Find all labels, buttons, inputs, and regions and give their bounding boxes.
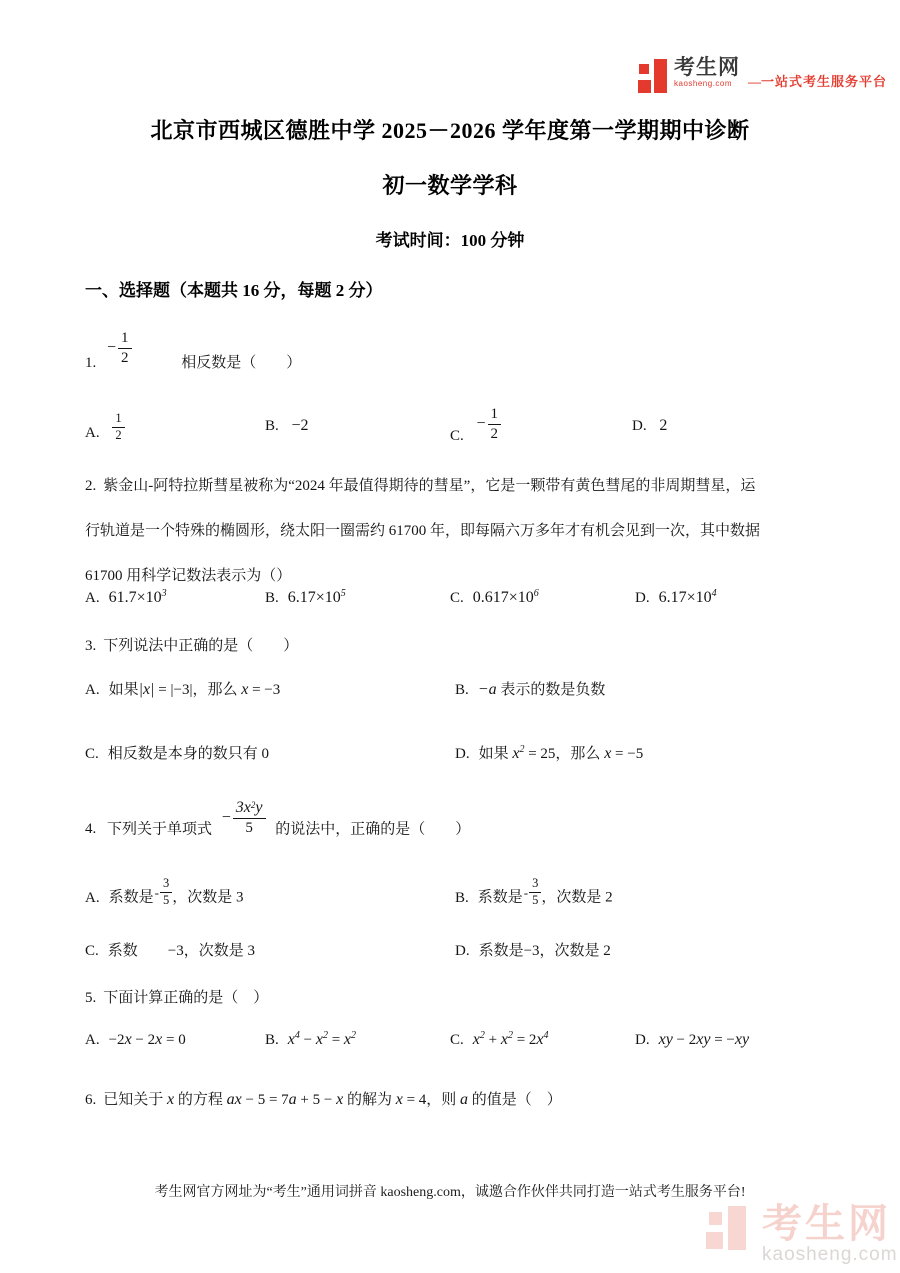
option-label: A. (85, 1032, 100, 1048)
option-label: C. (85, 943, 99, 959)
option-value: 2 (659, 417, 667, 434)
numerator: 1 (112, 411, 124, 428)
numerator: 1 (488, 405, 502, 425)
question-1-stem: 1. − 1 2 相反数是（ ） (85, 344, 301, 383)
option-value: 61.7×10 (109, 589, 162, 606)
exponent: 4 (712, 588, 717, 599)
exponent: 5 (341, 588, 346, 599)
logo-block (638, 80, 651, 93)
exam-time: 考试时间：100 分钟 (0, 226, 900, 251)
q2-line1: 紫金山-阿特拉斯彗星被称为“2024 年最值得期待的彗星”，它是一颗带有黄色彗尾… (103, 478, 755, 494)
question-6-text: 已知关于 x 的方程 ax − 5 = 7a + 5 − x 的解为 x = 4… (103, 1092, 562, 1108)
watermark-text: 考生网 kaosheng.com (762, 1204, 898, 1266)
option-label: D. (632, 418, 647, 434)
denominator: 2 (118, 349, 132, 368)
option-suffix: ，次数是 3 (172, 890, 243, 906)
question-3-text: 下列说法中正确的是（ ） (103, 638, 298, 654)
option-value: 系数 −3，次数是 3 (108, 943, 255, 959)
fraction: − 3x2y 5 (222, 798, 266, 838)
option-label: B. (265, 590, 279, 606)
brand-domain: kaosheng.com (674, 79, 740, 88)
fraction: − 1 2 (477, 405, 502, 444)
footer-note: 考生网官方网址为“考生”通用词拼音 kaosheng.com，诚邀合作伙伴共同打… (0, 1181, 900, 1201)
numerator: 3 (160, 876, 172, 893)
q1-option-d: D. 2 (632, 417, 667, 435)
option-label: B. (265, 1032, 279, 1048)
q1-option-c: C. − 1 2 (450, 417, 501, 456)
option-suffix: ，次数是 2 (541, 890, 612, 906)
question-4-prefix: 下列关于单项式 (107, 821, 212, 837)
option-value: xy − 2xy = −xy (659, 1032, 750, 1048)
q4-option-c: C.系数 −3，次数是 3 (85, 939, 255, 960)
option-value: 6.17×10 (288, 589, 341, 606)
option-label: C. (450, 1032, 464, 1048)
question-3-stem: 3.下列说法中正确的是（ ） (85, 636, 298, 656)
page-title-line2: 初一数学学科 (0, 169, 900, 200)
logo-block (654, 59, 667, 93)
question-2-stem: 2.紫金山-阿特拉斯彗星被称为“2024 年最值得期待的彗星”，它是一颗带有黄色… (85, 464, 825, 599)
q3-option-c: C.相反数是本身的数只有 0 (85, 742, 269, 763)
q2-option-d: D.6.17×104 (635, 589, 717, 607)
fraction: − 1 2 (107, 329, 132, 368)
option-prefix: 系数是 (478, 890, 523, 906)
q4-option-a: A.系数是-35，次数是 3 (85, 882, 243, 914)
kaosheng-watermark-icon (706, 1204, 754, 1254)
q2-option-a: A.61.7×103 (85, 589, 167, 607)
option-label: C. (85, 746, 99, 762)
option-value: 0.617×10 (473, 589, 534, 606)
q3-option-a: A.如果|x| = |−3|，那么 x = −3 (85, 678, 280, 699)
q3-option-b: B.−a 表示的数是负数 (455, 678, 605, 699)
page-title-line1: 北京市西城区德胜中学 2025－2026 学年度第一学期期中诊断 (0, 114, 900, 145)
q2-line2: 行轨道是一个特殊的椭圆形，绕太阳一圈需约 61700 年，即每隔六万多年才有机会… (85, 509, 825, 554)
denominator: 5 (242, 819, 256, 838)
q1-option-a: A. 1 2 (85, 417, 125, 449)
numerator: 1 (118, 329, 132, 349)
question-number: 4. (85, 821, 96, 837)
option-value: −2x − 2x = 0 (109, 1032, 186, 1048)
question-4-stem: 4. 下列关于单项式 − 3x2y 5 的说法中，正确的是（ ） (85, 810, 470, 850)
option-label: B. (265, 418, 279, 434)
q1-option-b: B. −2 (265, 417, 309, 435)
brand-tagline-group: —一站式考生服务平台 (748, 71, 887, 91)
q5-option-c: C.x2 + x2 = 2x4 (450, 1031, 549, 1049)
option-label: D. (455, 943, 470, 959)
question-5-stem: 5.下面计算正确的是（ ） (85, 988, 268, 1008)
option-label: D. (635, 590, 650, 606)
q4-option-b: B.系数是-35，次数是 2 (455, 882, 613, 914)
kaosheng-logo-icon (638, 57, 670, 95)
fraction-sign: − (107, 337, 116, 359)
option-label: A. (85, 590, 100, 606)
fraction-sign: − (222, 807, 231, 829)
fraction-sign: - (155, 885, 159, 900)
option-label: D. (455, 746, 470, 762)
question-6-stem: 6.已知关于 x 的方程 ax − 5 = 7a + 5 − x 的解为 x =… (85, 1089, 562, 1111)
option-label: B. (455, 682, 469, 698)
option-value: 如果|x| = |−3|，那么 x = −3 (109, 682, 281, 698)
exam-document: { "colors": { "brand_red": "#e43a2e", "t… (0, 0, 900, 1273)
watermark-domain: kaosheng.com (762, 1244, 898, 1266)
denominator: 2 (112, 428, 124, 444)
question-1-text: 相反数是（ ） (181, 355, 301, 371)
logo-block (639, 64, 649, 74)
question-number: 6. (85, 1092, 96, 1108)
numerator: 3x2y (233, 798, 266, 819)
logo-text: 考生网 kaosheng.com (674, 57, 740, 88)
denominator: 5 (529, 893, 541, 909)
question-number: 1. (85, 355, 96, 371)
q2-option-c: C.0.617×106 (450, 589, 539, 607)
q3-option-d: D.如果 x2 = 25，那么 x = −5 (455, 742, 643, 763)
option-label: B. (455, 890, 469, 906)
kaosheng-logo: 考生网 kaosheng.com —一站式考生服务平台 (638, 57, 887, 95)
option-label: A. (85, 682, 100, 698)
question-number: 5. (85, 990, 96, 1006)
option-value: −a 表示的数是负数 (478, 682, 606, 698)
fraction: 1 2 (112, 411, 124, 443)
fraction: 35 (160, 876, 172, 908)
option-label: C. (450, 428, 464, 444)
q2-option-b: B.6.17×105 (265, 589, 346, 607)
option-value: 相反数是本身的数只有 0 (108, 746, 269, 762)
numerator: 3 (529, 876, 541, 893)
watermark-block (728, 1206, 746, 1250)
watermark-block (709, 1212, 722, 1225)
option-label: C. (450, 590, 464, 606)
fraction-sign: − (477, 415, 486, 433)
question-5-text: 下面计算正确的是（ ） (103, 990, 268, 1006)
watermark-block (706, 1232, 723, 1249)
question-4-suffix: 的说法中，正确的是（ ） (275, 821, 470, 837)
exponent: 6 (534, 588, 539, 599)
option-value: x2 + x2 = 2x4 (473, 1032, 549, 1048)
exponent: 3 (162, 588, 167, 599)
brand-tagline: 一站式考生服务平台 (761, 74, 887, 89)
option-value: x4 − x2 = x2 (288, 1032, 356, 1048)
q5-option-a: A.−2x − 2x = 0 (85, 1031, 186, 1049)
option-value: 如果 x2 = 25，那么 x = −5 (479, 746, 644, 762)
watermark-brand: 考生网 (762, 1204, 898, 1244)
option-label: A. (85, 890, 100, 906)
kaosheng-watermark: 考生网 kaosheng.com (706, 1204, 898, 1266)
fraction: 35 (529, 876, 541, 908)
q5-option-b: B.x4 − x2 = x2 (265, 1031, 356, 1049)
question-number: 2. (85, 478, 96, 494)
denominator: 5 (160, 893, 172, 909)
option-prefix: 系数是 (109, 890, 154, 906)
q2-line1-wrap: 2.紫金山-阿特拉斯彗星被称为“2024 年最值得期待的彗星”，它是一颗带有黄色… (85, 464, 825, 509)
question-number: 3. (85, 638, 96, 654)
q5-option-d: D.xy − 2xy = −xy (635, 1031, 749, 1049)
section-1-heading: 一、选择题（本题共 16 分，每题 2 分） (85, 276, 383, 301)
option-value: 6.17×10 (659, 589, 712, 606)
fraction-sign: - (524, 885, 528, 900)
tagline-dash: — (748, 74, 761, 89)
option-value: −2 (292, 417, 309, 434)
option-label: A. (85, 425, 100, 441)
option-label: D. (635, 1032, 650, 1048)
q4-option-d: D.系数是−3，次数是 2 (455, 939, 611, 960)
brand-name: 考生网 (674, 57, 740, 79)
denominator: 2 (488, 425, 502, 444)
option-value: 系数是−3，次数是 2 (479, 943, 611, 959)
